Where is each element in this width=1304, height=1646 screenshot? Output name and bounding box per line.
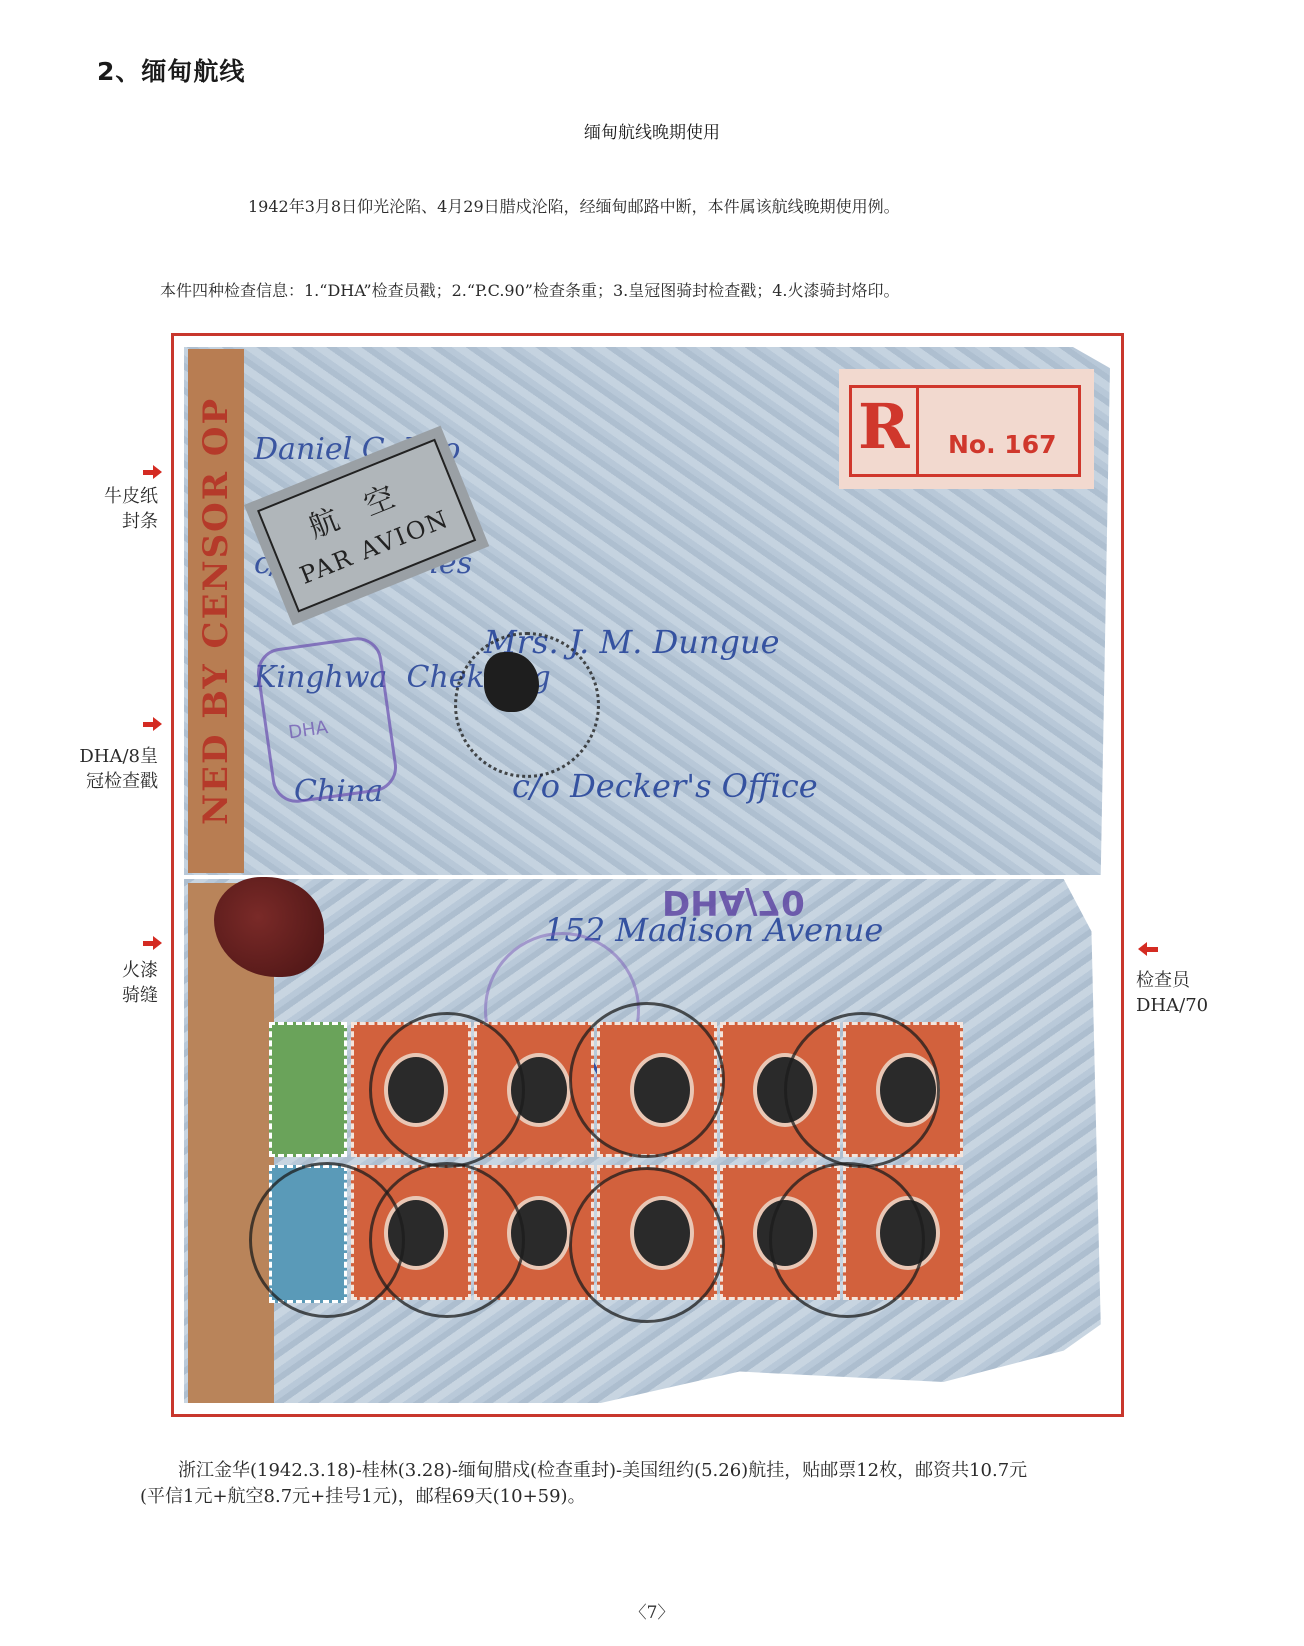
page-subtitle: 缅甸航线晚期使用 [0, 118, 1304, 143]
section-number: 2、 [97, 57, 141, 86]
cancel-postmark [569, 1167, 725, 1323]
censor-cachet-dha70: DHA/70 [662, 882, 805, 922]
cover-caption: 浙江金华(1942.3.18)-桂林(3.28)-缅甸腊戍(检查重封)-美国纽约… [140, 1458, 1190, 1510]
cancel-postmark [249, 1162, 405, 1318]
section-title: 缅甸航线 [141, 57, 245, 86]
cancel-postmark [769, 1162, 925, 1318]
arrow-left-icon [1146, 947, 1158, 952]
caption-line-1: 浙江金华(1942.3.18)-桂林(3.28)-缅甸腊戍(检查重封)-美国纽约… [140, 1458, 1190, 1484]
annotation-kraft-tape: 牛皮纸 封条 [70, 484, 158, 534]
cancel-postmark [369, 1012, 525, 1168]
censor-tape: NED BY CENSOR OP [188, 349, 244, 873]
caption-line-2: (平信1元+航空8.7元+挂号1元)，邮程69天(10+59)。 [140, 1484, 1190, 1510]
arrow-right-icon [143, 941, 155, 946]
registration-number: No. 167 [948, 430, 1056, 459]
censor-info-paragraph: 本件四种检查信息：1.“DHA”检查员戳；2.“P.C.90”检查条重；3.皇冠… [160, 278, 900, 301]
cancel-postmark [569, 1002, 725, 1158]
annotation-censor-dha70: 检查员 DHA/70 [1136, 968, 1208, 1018]
stamp-block [269, 1022, 959, 1307]
arrow-right-icon [143, 470, 155, 475]
arrow-right-icon [143, 722, 155, 727]
annotation-wax-seal: 火漆 骑缝 [70, 958, 158, 1008]
annotation-crown-cachet: DHA/8皇 冠检查戳 [60, 744, 158, 794]
crown-censor-cachet: DHA [254, 634, 400, 806]
cancel-postmark [784, 1012, 940, 1168]
section-heading: 2、缅甸航线 [97, 52, 245, 88]
censor-tape-text: NED BY CENSOR OP [196, 397, 236, 825]
registration-letter: R [858, 390, 910, 463]
intro-paragraph: 1942年3月8日仰光沦陷、4月29日腊戍沦陷，经缅甸邮路中断，本件属该航线晚期… [248, 194, 900, 217]
registration-label: R No. 167 [839, 369, 1094, 489]
page-number: 〈7〉 [0, 1598, 1304, 1623]
stamp-green [269, 1022, 347, 1157]
cover-image: NED BY CENSOR OP Daniel C. Koo c/o J. P.… [184, 347, 1110, 1403]
